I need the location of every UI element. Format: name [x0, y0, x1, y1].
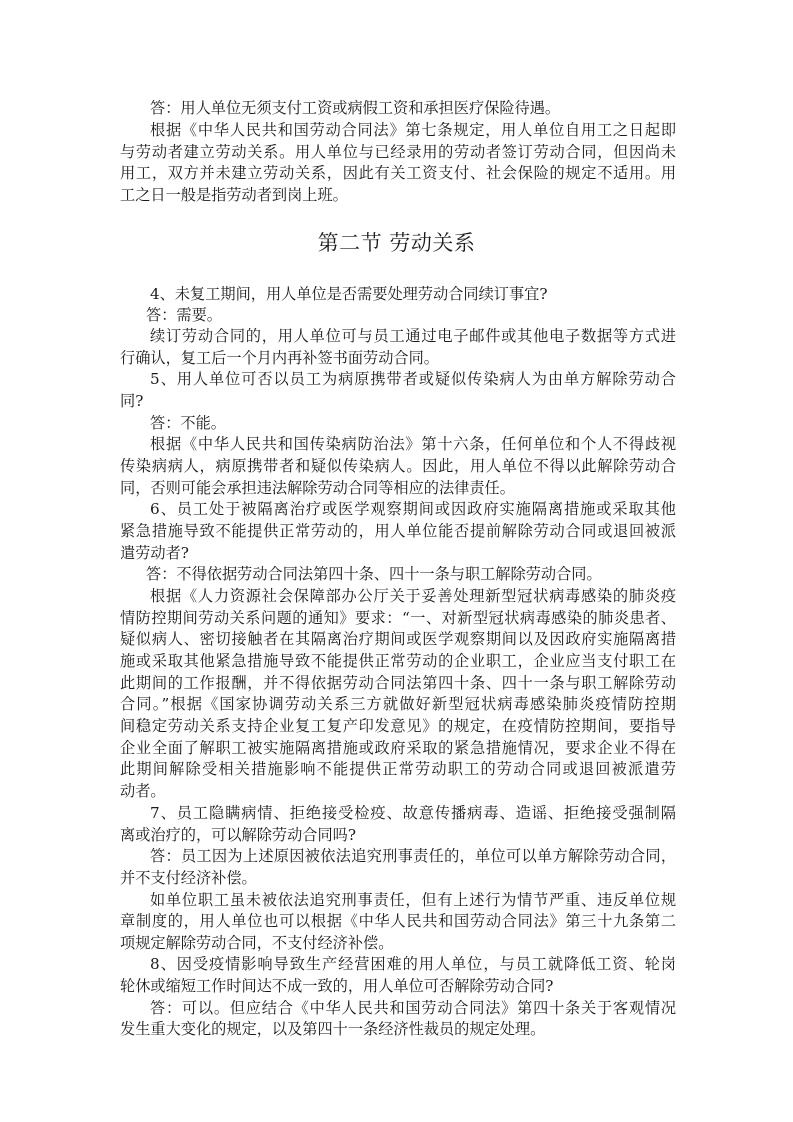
question-5: 5、用人单位可否以员工为病原携带者或疑似传染病人为由单方解除劳动合	[150, 368, 676, 390]
explanation-6-line: 情防控期间劳动关系问题的通知》要求：“一、对新型冠状病毒感染的肺炎患者、	[120, 607, 676, 629]
answer-7-cont: 并不支付经济补偿。	[120, 867, 676, 889]
question-4: 4、未复工期间，用人单位是否需要处理劳动合同续订事宜?	[150, 283, 676, 305]
answer-8-cont: 发生重大变化的规定，以及第四十一条经济性裁员的规定处理。	[120, 1018, 676, 1040]
explanation-6-line: 动者。	[120, 780, 676, 802]
explanation-4-line: 续订劳动合同的，用人单位可与员工通过电子邮件或其他电子数据等方式进	[150, 325, 676, 347]
explanation-6-line: 疑似病人、密切接触者在其隔离治疗期间或医学观察期间以及因政府实施隔离措	[120, 628, 676, 650]
answer-6: 答：不得依据劳动合同法第四十条、四十一条与职工解除劳动合同。	[146, 563, 676, 585]
question-6-cont: 遣劳动者?	[120, 542, 676, 564]
explanation-7-line: 章制度的，用人单位也可以根据《中华人民共和国劳动合同法》第三十九条第二	[120, 910, 676, 932]
answer-5: 答：不能。	[150, 412, 676, 434]
explanation-6-line: 施或采取其他紧急措施导致不能提供正常劳动的企业职工，企业应当支付职工在	[120, 650, 676, 672]
question-7-cont: 离或治疗的，可以解除劳动合同吗?	[120, 824, 676, 846]
explanation-6-line: 根据《人力资源社会保障部办公厅关于妥善处理新型冠状病毒感染的肺炎疫	[150, 585, 676, 607]
intro-explanation-line: 用工，双方并未建立劳动关系，因此有关工资支付、社会保险的规定不适用。用	[120, 162, 676, 184]
explanation-5-line: 根据《中华人民共和国传染病防治法》第十六条，任何单位和个人不得歧视	[150, 433, 676, 455]
explanation-5-line: 传染病病人，病原携带者和疑似传染病人。因此，用人单位不得以此解除劳动合	[120, 455, 676, 477]
explanation-5-line: 同，否则可能会承担违法解除劳动合同等相应的法律责任。	[120, 477, 676, 499]
intro-explanation-line: 根据《中华人民共和国劳动合同法》第七条规定，用人单位自用工之日起即	[150, 119, 676, 141]
question-5-cont: 同?	[120, 390, 676, 412]
section-heading: 第二节 劳动关系	[0, 229, 793, 257]
question-6: 6、员工处于被隔离治疗或医学观察期间或因政府实施隔离措施或采取其他	[150, 498, 676, 520]
intro-explanation-line: 与劳动者建立劳动关系。用人单位与已经录用的劳动者签订劳动合同，但因尚未	[120, 141, 676, 163]
question-8-cont: 轮休或缩短工作时间达不成一致的，用人单位可否解除劳动合同?	[120, 975, 676, 997]
explanation-6-line: 此期间的工作报酬，并不得依据劳动合同法第四十条、四十一条与职工解除劳动	[120, 672, 676, 694]
document-page: 答：用人单位无须支付工资或病假工资和承担医疗保险待遇。 根据《中华人民共和国劳动…	[0, 0, 793, 1122]
answer-7: 答：员工因为上述原因被依法追究刑事责任的，单位可以单方解除劳动合同，	[150, 845, 676, 867]
explanation-7-line: 如单位职工虽未被依法追究刑事责任，但有上述行为情节严重、违反单位规	[150, 889, 676, 911]
explanation-6-line: 合同。”根据《国家协调劳动关系三方就做好新型冠状病毒感染肺炎疫情防控期	[120, 693, 676, 715]
explanation-6-line: 此期间解除受相关措施影响不能提供正常劳动职工的劳动合同或退回被派遣劳	[120, 758, 676, 780]
intro-explanation-line: 工之日一般是指劳动者到岗上班。	[120, 184, 676, 206]
explanation-4-line: 行确认，复工后一个月内再补签书面劳动合同。	[120, 347, 676, 369]
explanation-7-line: 项规定解除劳动合同，不支付经济补偿。	[120, 932, 676, 954]
answer-4: 答：需要。	[146, 304, 676, 326]
question-7: 7、员工隐瞒病情、拒绝接受检疫、故意传播病毒、造谣、拒绝接受强制隔	[150, 802, 676, 824]
explanation-6-line: 企业全面了解职工被实施隔离措施或政府采取的紧急措施情况，要求企业不得在	[120, 737, 676, 759]
explanation-6-line: 间稳定劳动关系支持企业复工复产印发意见》的规定，在疫情防控期间，要指导	[120, 715, 676, 737]
question-8: 8、因受疫情影响导致生产经营困难的用人单位，与员工就降低工资、轮岗	[150, 953, 676, 975]
question-6-cont: 紧急措施导致不能提供正常劳动的，用人单位能否提前解除劳动合同或退回被派	[120, 520, 676, 542]
answer-8: 答：可以。但应结合《中华人民共和国劳动合同法》第四十条关于客观情况	[150, 997, 676, 1019]
intro-answer: 答：用人单位无须支付工资或病假工资和承担医疗保险待遇。	[150, 97, 676, 119]
